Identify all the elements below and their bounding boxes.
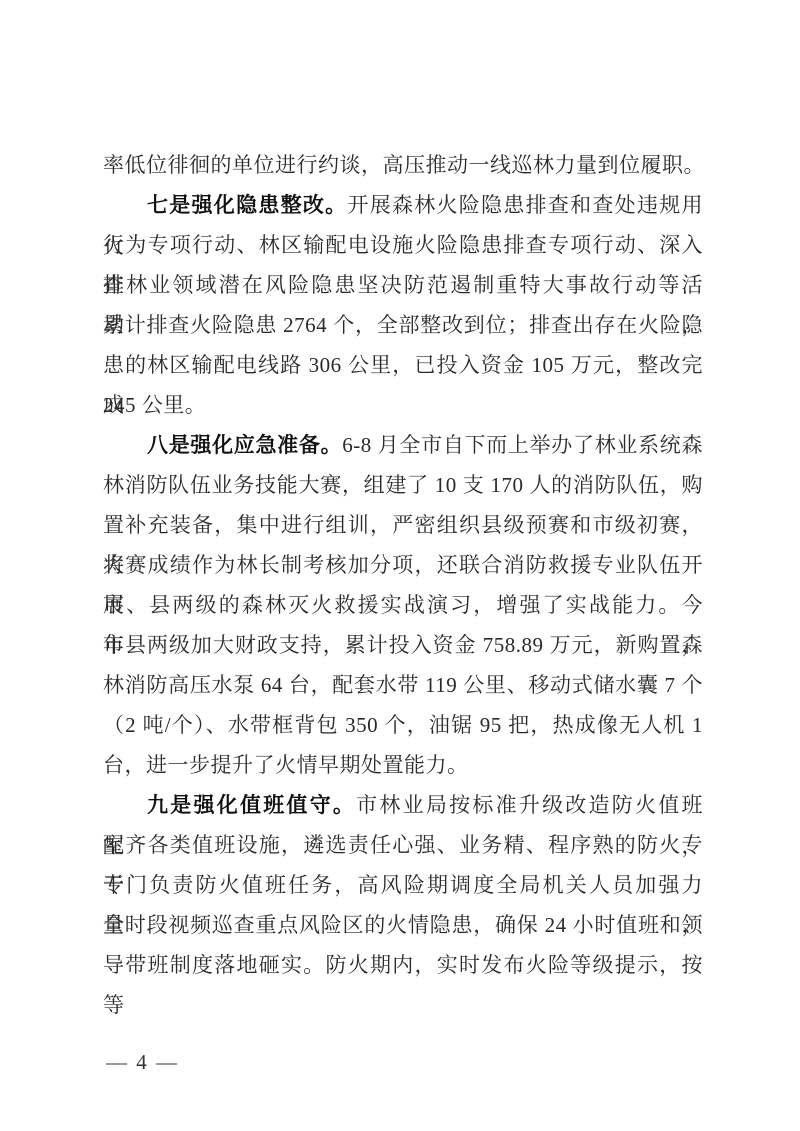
- text-line: 八是强化应急准备。6-8 月全市自下而上举办了林业系统森: [103, 425, 703, 465]
- text-line: 专门负责防火值班任务，高风险期调度全局机关人员加强力量，: [103, 865, 703, 905]
- text-line: 大赛成绩作为林长制考核加分项，还联合消防救援专业队伍开展: [103, 545, 703, 585]
- document-body: 率低位徘徊的单位进行约谈，高压推动一线巡林力量到位履职。七是强化隐患整改。开展森…: [103, 145, 703, 985]
- paragraph-heading: 八是强化应急准备。: [147, 434, 342, 457]
- text-line: 累计排查火险隐患 2764 个，全部整改到位；排查出存在火险隐: [103, 305, 703, 345]
- text-line: 市县两级加大财政支持，累计投入资金 758.89 万元，新购置森: [103, 625, 703, 665]
- text-line: 导带班制度落地砸实。防火期内，实时发布火险等级提示，按等: [103, 945, 703, 985]
- text-line: 台，进一步提升了火情早期处置能力。: [103, 745, 703, 785]
- text-line: 全时段视频巡查重点风险区的火情隐患，确保 24 小时值班和领: [103, 905, 703, 945]
- text-line: 林消防队伍业务技能大赛，组建了 10 支 170 人的消防队伍，购: [103, 465, 703, 505]
- paragraph-heading: 九是强化值班值守。: [147, 794, 356, 817]
- text-line: （2 吨/个）、水带框背包 350 个，油锯 95 把，热成像无人机 1: [103, 705, 703, 745]
- text-line: 置补充装备，集中进行组训，严密组织县级预赛和市级初赛，将: [103, 505, 703, 545]
- text-line: 查林业领域潜在风险隐患坚决防范遏制重特大事故行动等活动，: [103, 265, 703, 305]
- text-line: 行为专项行动、林区输配电设施火险隐患排查专项行动、深入排: [103, 225, 703, 265]
- text-line: 患的林区输配电线路 306 公里，已投入资金 105 万元，整改完成: [103, 345, 703, 385]
- text-line: 九是强化值班值守。市林业局按标准升级改造防火值班室，: [103, 785, 703, 825]
- text-line: 配齐各类值班设施，遴选责任心强、业务精、程序熟的防火专干: [103, 825, 703, 865]
- document-page: 率低位徘徊的单位进行约谈，高压推动一线巡林力量到位履职。七是强化隐患整改。开展森…: [0, 0, 800, 1131]
- text-line: 245 公里。: [103, 385, 703, 425]
- text-line: 率低位徘徊的单位进行约谈，高压推动一线巡林力量到位履职。: [103, 145, 703, 185]
- paragraph-heading: 七是强化隐患整改。: [147, 194, 347, 217]
- text-line: 市、县两级的森林灭火救援实战演习，增强了实战能力。今年，: [103, 585, 703, 625]
- text-line: 七是强化隐患整改。开展森林火险隐患排查和查处违规用火: [103, 185, 703, 225]
- text-line: 林消防高压水泵 64 台，配套水带 119 公里、移动式储水囊 7 个: [103, 665, 703, 705]
- page-number: — 4 —: [106, 1048, 179, 1076]
